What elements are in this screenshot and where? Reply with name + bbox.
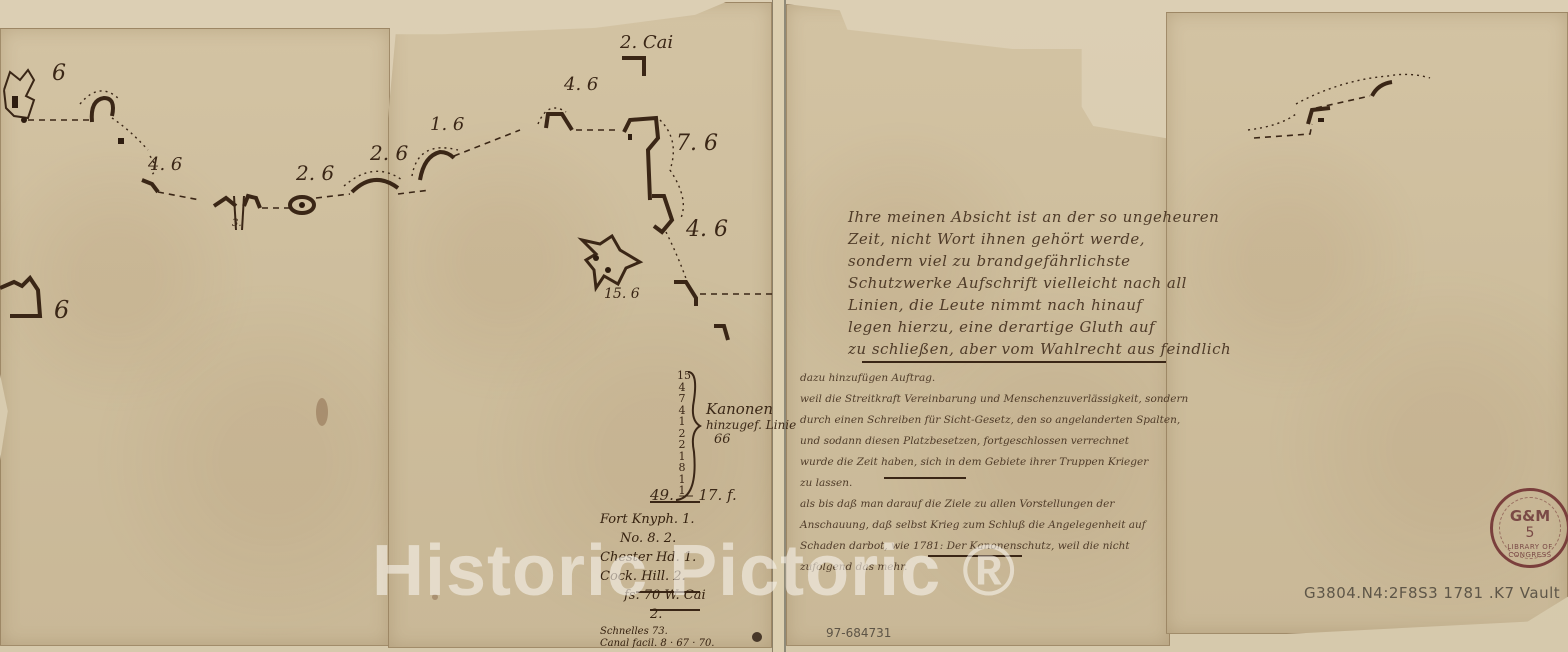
- tally-row: Fort Knyph. 1.: [600, 512, 714, 531]
- watermark-text: Historic Pictoric ®: [372, 530, 1016, 612]
- manuscript-paragraph-1: Ihre meinen Absicht ist an der so ungehe…: [848, 206, 1231, 360]
- call-number: G3804.N4:2F8S3 1781 .K7 Vault: [1304, 584, 1560, 602]
- tally-total: 49. — 17. f.: [650, 486, 737, 504]
- bracket-label: Kanonen hinzugef. Linie 66: [706, 400, 796, 447]
- map-sheet-1: [0, 28, 390, 646]
- accession-number: 97-684731: [826, 626, 891, 640]
- ink-blot: [752, 632, 762, 642]
- tally-row: Schnelles 73.: [600, 626, 714, 638]
- library-stamp-icon: G&M 5 LIBRARY OF CONGRESS: [1490, 488, 1568, 568]
- foxing-stain: [316, 398, 328, 426]
- tally-row: Canal facil. 8 · 67 · 70.: [600, 638, 714, 650]
- tally-bracket-digits: 15 4 7 4 1 2 2 1 8 1 1: [677, 370, 687, 497]
